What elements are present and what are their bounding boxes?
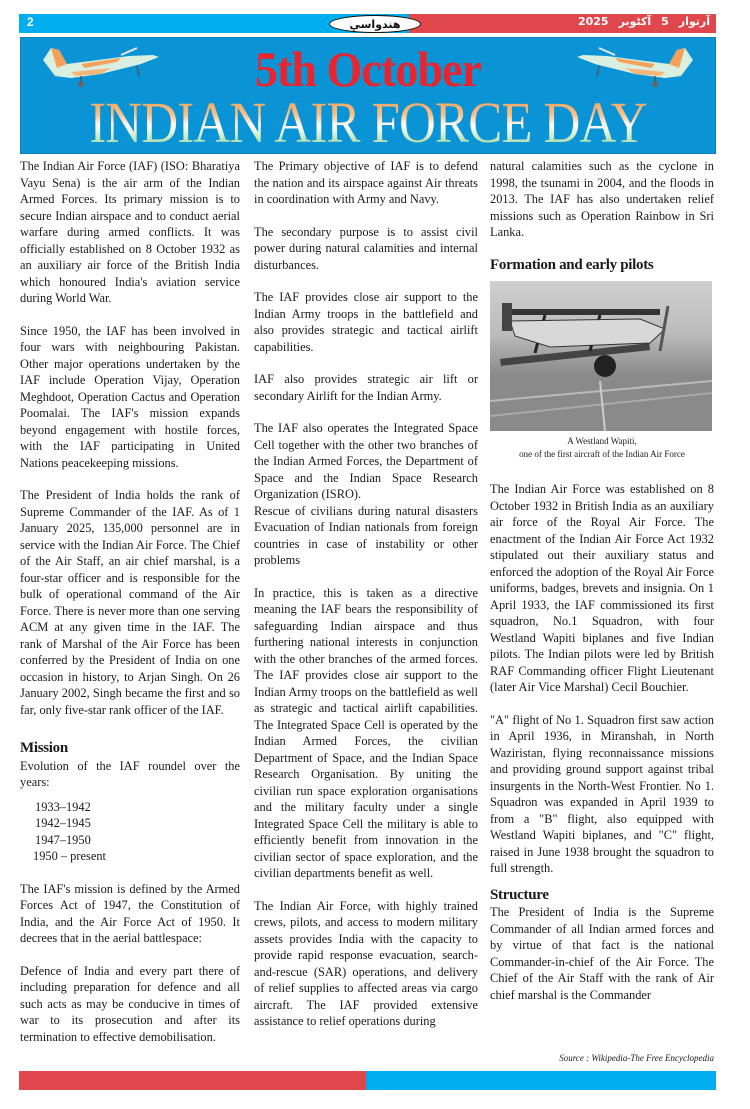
article-paragraph: IAF also provides strategic air lift or … (254, 371, 478, 404)
article-column-1: The Indian Air Force (IAF) (ISO: Bharati… (20, 158, 240, 1061)
article-paragraph: The IAF provides close air support to th… (254, 289, 478, 355)
source-credit: Source : Wikipedia-The Free Encyclopedia (559, 1053, 714, 1063)
page-number: 2 (27, 15, 34, 29)
article-paragraph: The IAF's mission is defined by the Arme… (20, 881, 240, 947)
section-heading-mission: Mission (20, 740, 240, 757)
westland-wapiti-photo (490, 281, 712, 431)
article-column-2: The Primary objective of IAF is to defen… (254, 158, 478, 1046)
newspaper-masthead-logo: هندواسي (329, 15, 421, 33)
photo-caption: A Westland Wapiti, one of the first airc… (490, 435, 714, 461)
section-heading-formation: Formation and early pilots (490, 257, 714, 274)
biplane-photo-icon (490, 281, 712, 431)
article-paragraph: The IAF also operates the Integrated Spa… (254, 420, 478, 503)
date-month: آکٹوبر (619, 15, 652, 28)
article-paragraph: The Indian Air Force (IAF) (ISO: Bharati… (20, 158, 240, 307)
article-paragraph: "A" flight of No 1. Squadron first saw a… (490, 712, 714, 877)
header-bar-red: آرتوار5آکٹوبر2025 (409, 14, 716, 33)
roundel-year-item: 1950 – present (33, 848, 240, 865)
footer-bar-red (19, 1071, 366, 1090)
footer-bar-blue (366, 1071, 716, 1090)
roundel-year-item: 1933–1942 (35, 799, 240, 816)
page-footer-bar (19, 1071, 716, 1090)
date-day: آرتوار (679, 15, 710, 28)
article-paragraph: The secondary purpose is to assist civil… (254, 224, 478, 274)
dateline: آرتوار5آکٹوبر2025 (568, 15, 710, 28)
article-column-3: natural calamities such as the cyclone i… (490, 158, 714, 1019)
roundel-year-item: 1942–1945 (35, 815, 240, 832)
caption-line-2: one of the first aircraft of the Indian … (490, 448, 714, 461)
roundel-year-list: 1933–1942 1942–1945 1947–1950 1950 – pre… (20, 799, 240, 865)
roundel-intro: Evolution of the IAF roundel over the ye… (20, 758, 240, 791)
article-paragraph: The Primary objective of IAF is to defen… (254, 158, 478, 208)
title-banner: 5th October INDIAN AIR FORCE DAY (20, 37, 716, 154)
date-day-number: 5 (661, 15, 669, 28)
article-paragraph: Defence of India and every part there of… (20, 963, 240, 1046)
article-paragraph: The President of India holds the rank of… (20, 487, 240, 718)
caption-line-1: A Westland Wapiti, (490, 435, 714, 448)
article-paragraph: The Indian Air Force, with highly traine… (254, 898, 478, 1030)
article-paragraph: natural calamities such as the cyclone i… (490, 158, 714, 241)
article-paragraph: The Indian Air Force was established on … (490, 481, 714, 696)
article-paragraph: In practice, this is taken as a directiv… (254, 585, 478, 882)
article-paragraph: The President of India is the Supreme Co… (490, 904, 714, 1003)
article-paragraph: Since 1950, the IAF has been involved in… (20, 323, 240, 472)
roundel-year-item: 1947–1950 (35, 832, 240, 849)
date-year: 2025 (578, 15, 609, 28)
page-header-bar: 2 آرتوار5آکٹوبر2025 هندواسي (19, 14, 716, 33)
section-heading-structure: Structure (490, 887, 714, 904)
banner-main-title: INDIAN AIR FORCE DAY (63, 94, 674, 152)
article-paragraph: Rescue of civilians during natural disas… (254, 503, 478, 569)
